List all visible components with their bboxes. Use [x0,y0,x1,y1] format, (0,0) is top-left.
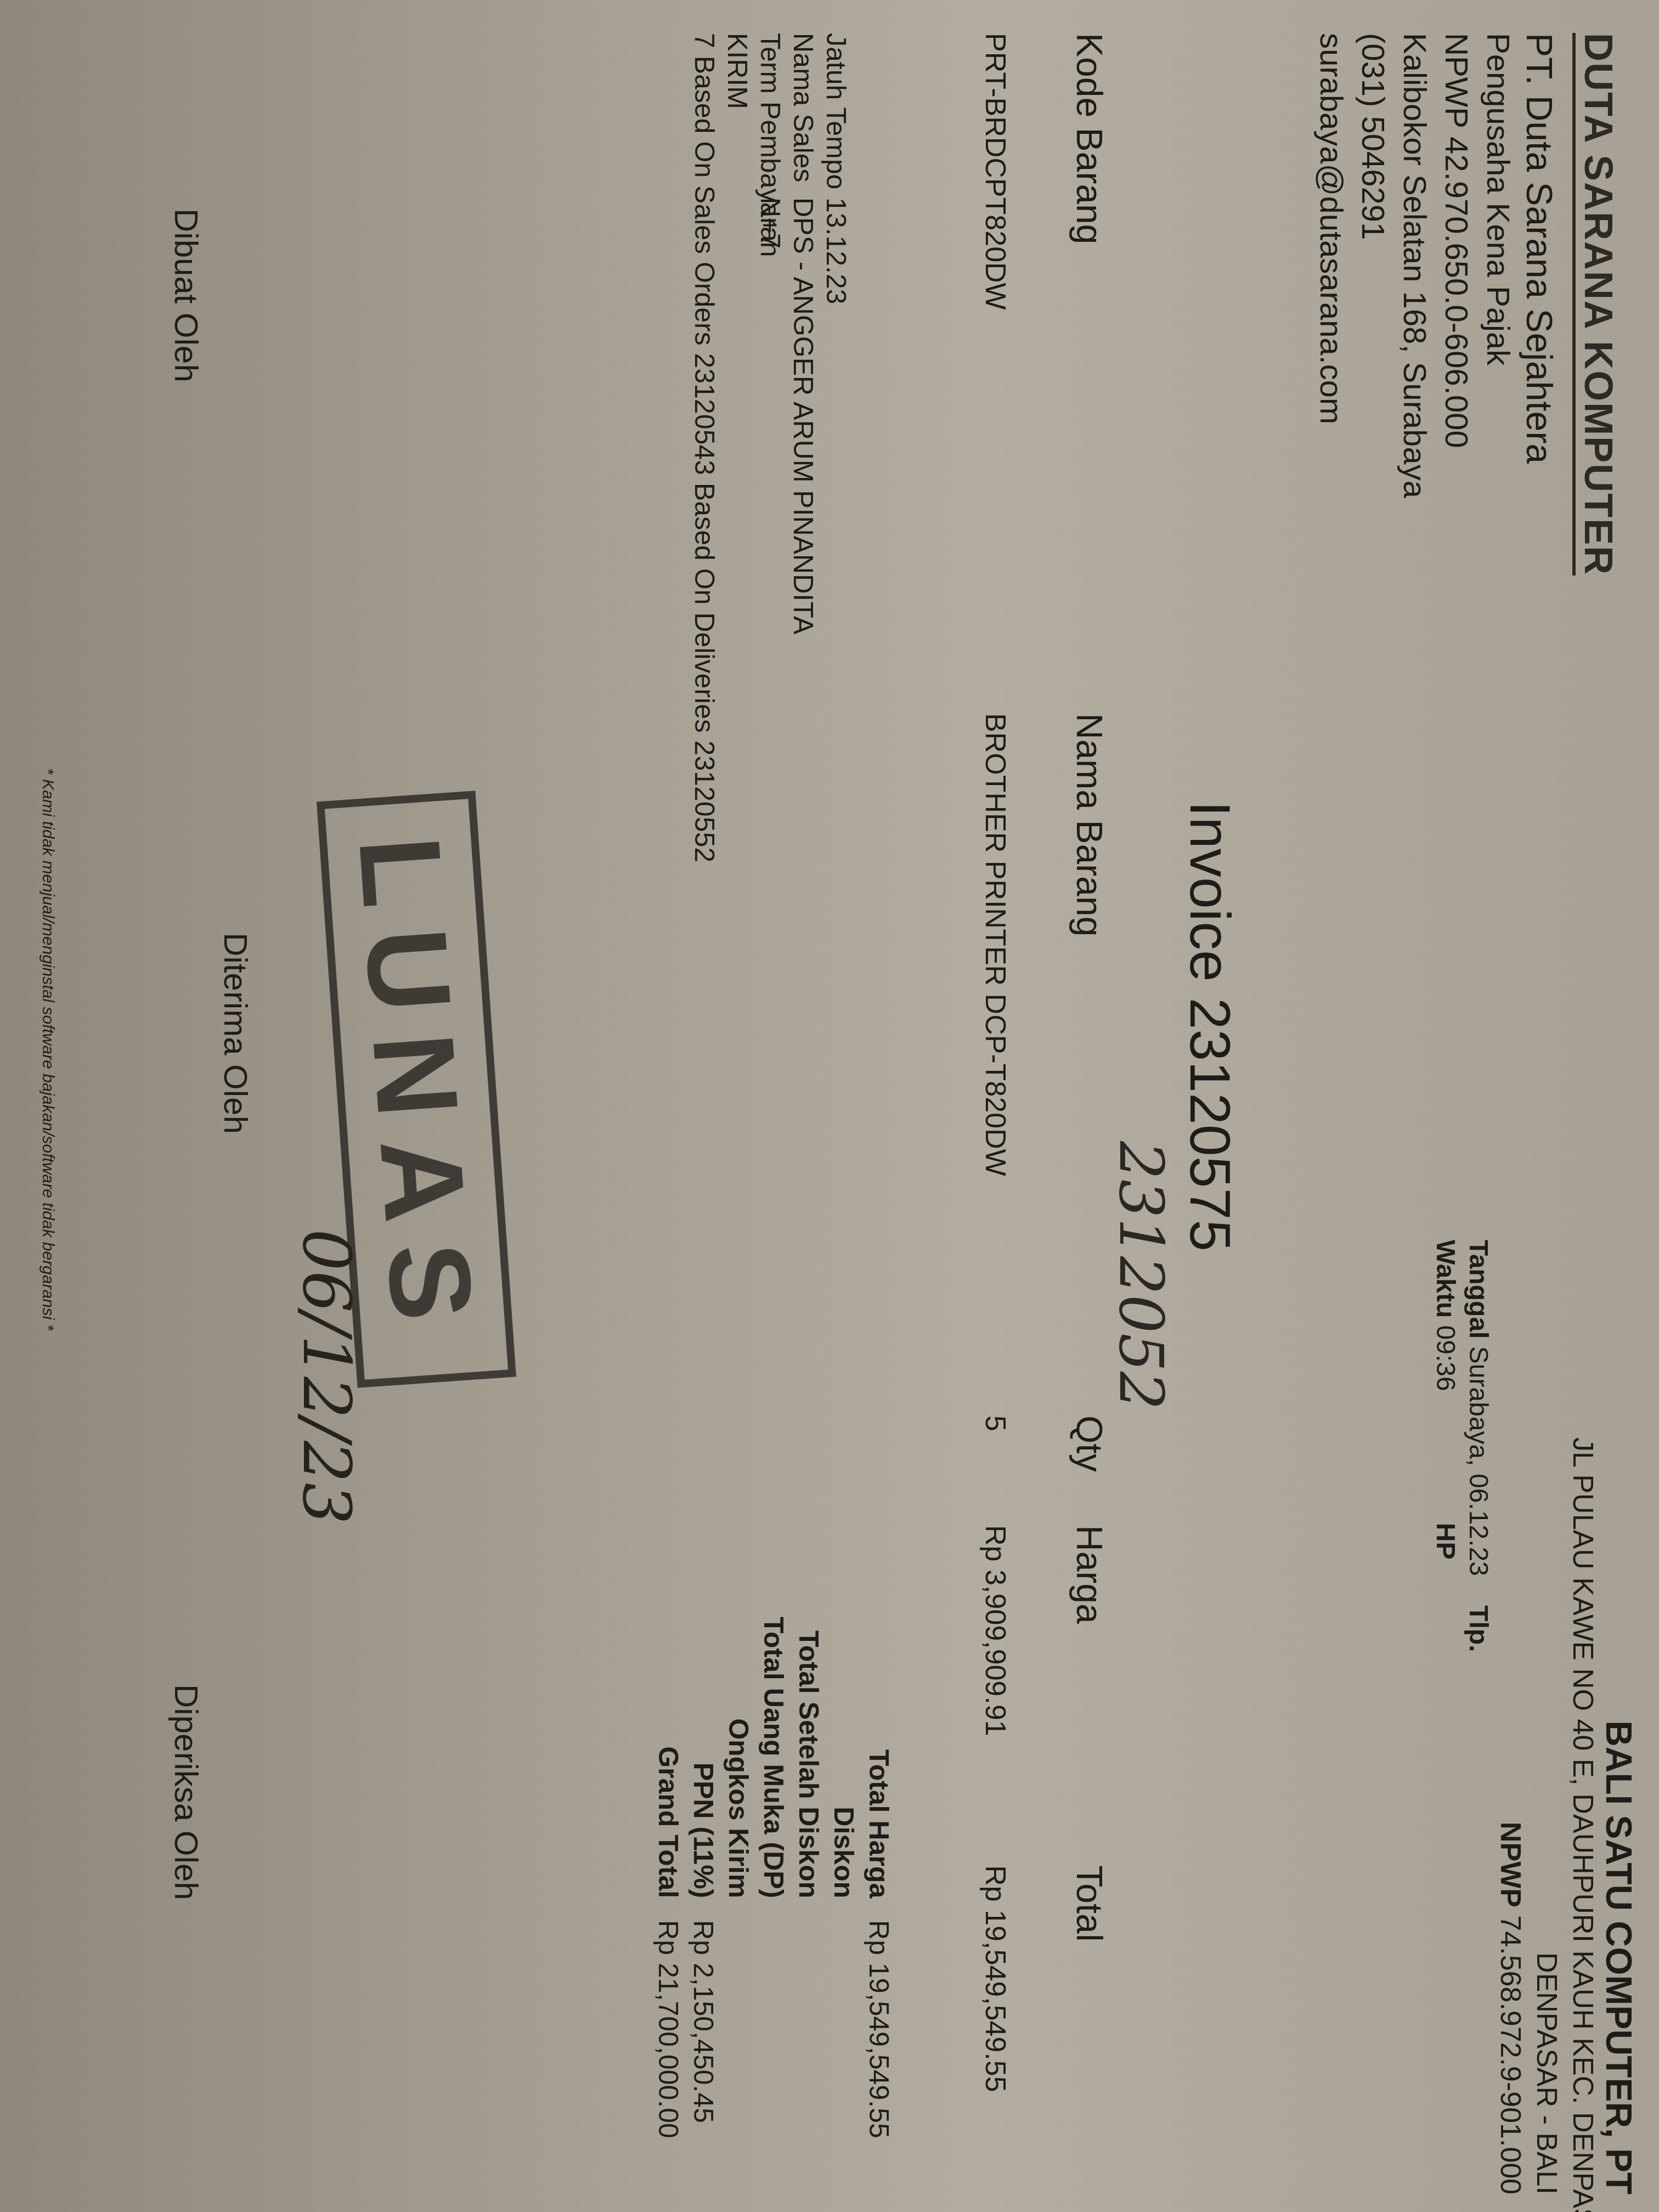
ship-label: KIRIM [721,33,754,862]
invoice-meta: Tanggal Surabaya, 06.12.23 Tlp. Waktu 09… [1429,1240,1494,1652]
col-header-total: Total [1069,1865,1110,1942]
sales-label: Nama Sales [787,33,820,198]
seller-block: PT. Duta Sarana Sejahtera Pengusaha Kena… [1310,33,1560,498]
payment-info: Jatuh Tempo13.12.23 Nama SalesDPS - ANGG… [688,33,853,862]
invoice-date: Surabaya, 06.12.23 [1464,1346,1493,1576]
item-total: Rp 19,549,549.55 [979,1865,1012,2092]
handwritten-date: 06/12/23 [288,1229,364,1525]
summary-diskon: Diskon [826,1591,861,2138]
buyer-name: BALI SATU COMPUTER, PT [1601,1437,1637,2194]
received-by-label: Diterima Oleh [217,933,255,1134]
seller-address: Kalibokor Selatan 168, Surabaya [1393,33,1435,498]
seller-phone: (031) 5046291 [1352,33,1393,498]
buyer-city: DENPASAR - BALI [1528,1437,1565,2194]
buyer-npwp: 74.568.972.9-901.000 [1494,1915,1526,2194]
col-header-price: Harga [1069,1525,1110,1624]
payment-terms: N+7 [755,198,786,249]
item-name: BROTHER PRINTER DCP-T820DW [979,713,1012,1176]
buyer-block: BALI SATU COMPUTER, PT JL PULAU KAWE NO … [1492,1437,1637,2194]
seller-npwp: NPWP 42.970.650.0-606.000 [1435,33,1477,498]
invoice-time: 09:36 [1431,1325,1460,1391]
terms-label: Term Pembayaran [754,33,787,198]
summary-grand-total: Grand TotalRp 21,700,000.00 [651,1591,686,2138]
item-price: Rp 3,909,909.91 [979,1525,1012,1736]
sales-name: DPS - ANGGER ARUM PINANDITA [788,198,819,634]
summary-total-harga: Total HargaRp 19,549,549.55 [861,1591,896,2138]
checked-by-label: Diperiksa Oleh [167,1684,205,1900]
due-date: 13.12.23 [821,198,851,304]
npwp-label: NPWP [1494,1822,1526,1908]
hp-label: HP [1431,1523,1460,1560]
col-header-code: Kode Barang [1069,33,1110,244]
item-qty: 5 [979,1415,1012,1431]
summary-down-payment: Total Uang Muka (DP) [756,1591,791,2138]
time-label: Waktu [1431,1240,1460,1318]
invoice-document: DUTA SARANA KOMPUTER PT. Duta Sarana Sej… [0,0,1659,2212]
buyer-address: JL PULAU KAWE NO 40 E, DAUHPURI KAUH KEC… [1565,1437,1601,2194]
made-by-label: Dibuat Oleh [167,208,205,382]
seller-name: PT. Duta Sarana Sejahtera [1519,33,1560,498]
handwritten-reference: 2312052 [1106,1141,1176,1410]
summary-block: Total HargaRp 19,549,549.55 Diskon Total… [651,1591,896,2138]
date-label: Tanggal [1464,1240,1493,1339]
order-reference: 7 Based On Sales Orders 23120543 Based O… [688,33,721,862]
due-label: Jatuh Tempo [820,33,853,198]
disclaimer: * Kami tidak menjual/menginstal software… [38,768,57,1331]
col-header-qty: Qty [1069,1415,1110,1472]
item-code: PRT-BRDCPT820DW [979,33,1012,310]
seller-logo: DUTA SARANA KOMPUTER [1572,33,1621,575]
tlp-label: Tlp. [1464,1605,1493,1652]
summary-shipping: Ongkos Kirim [721,1591,756,2138]
seller-status: Pengusaha Kena Pajak [1477,33,1519,498]
summary-after-discount: Total Setelah Diskon [791,1591,826,2138]
col-header-name: Nama Barang [1069,713,1110,936]
summary-ppn: PPN (11%)Rp 2,150,450.45 [686,1591,721,2138]
invoice-title: Invoice 23120575 [1177,801,1242,1251]
invoice-paper: DUTA SARANA KOMPUTER PT. Duta Sarana Sej… [0,0,1659,2212]
seller-email: surabaya@dutasarana.com [1310,33,1352,498]
